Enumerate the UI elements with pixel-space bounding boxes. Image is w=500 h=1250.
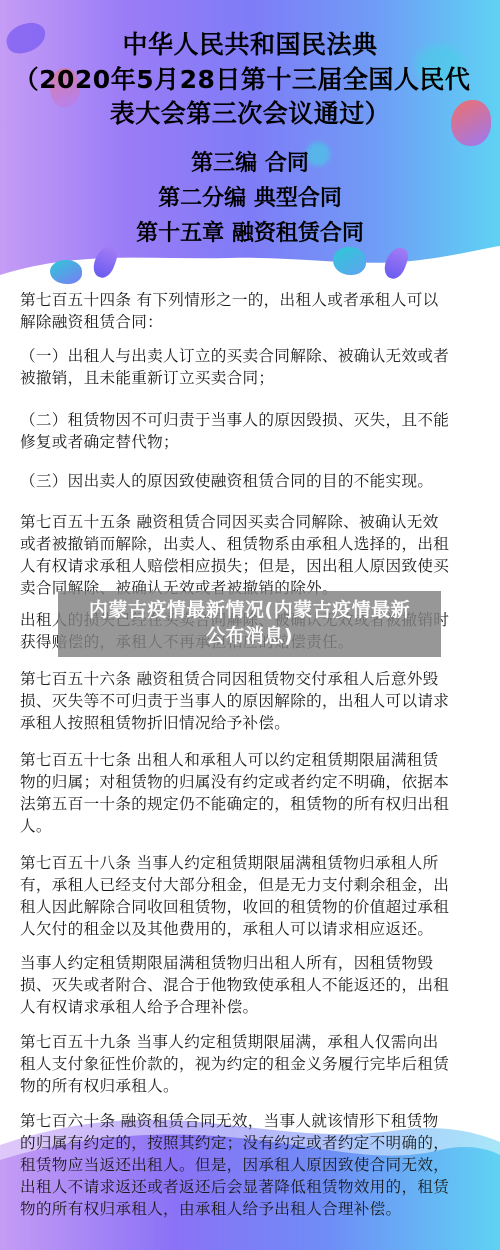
text-line: （二）租赁物因不可归责于当事人的原因毁损、灭失，且不能 xyxy=(20,411,449,429)
headline-overlay-banner[interactable]: 内蒙古疫情最新情况(内蒙古疫情最新 公布消息) xyxy=(58,591,441,657)
decorative-blob-teal-wave-right-icon xyxy=(333,247,366,275)
text-line: 人。 xyxy=(20,817,52,835)
text-line: 物的所有权归承租人，由承租人给予出租人合理补偿。 xyxy=(20,1200,401,1218)
text-line: 被撤销，且未能重新订立买卖合同； xyxy=(20,369,274,387)
text-line: 损、灭失等不可归责于当事人的原因解除的，出租人可以请求 xyxy=(20,692,449,710)
article-760: 第七百六十条 融资租赁合同无效，当事人就该情形下租赁物 的归属有约定的，按照其约… xyxy=(20,1110,480,1220)
text-line: 租人因此解除合同收回租赁物，收回的租赁物的价值超过承租 xyxy=(20,898,449,916)
article-758-paragraph-2: 当事人约定租赁期限届满租赁物归出租人所有，因租赁物毁 损、灭失或者附合、混合于他… xyxy=(20,952,480,1018)
text-line: （一）出租人与出卖人订立的买卖合同解除、被确认无效或者 xyxy=(20,347,449,365)
text-line: 人有权请求承租人给予合理补偿。 xyxy=(20,998,258,1016)
text-line: 的归属有约定的，按照其约定；没有约定或者约定不明确的， xyxy=(20,1134,449,1152)
text-line: 法第五百一十条的规定仍不能确定的，租赁物的所有权归出租 xyxy=(20,795,449,813)
text-line: 承租人按照租赁物折旧情况给予补偿。 xyxy=(20,714,290,732)
text-line: 修复或者确定替代物； xyxy=(20,433,179,451)
text-line: 人有权请求承租人赔偿相应损失；但是，因出租人原因致使买 xyxy=(20,557,449,575)
text-line: 出租人不请求返还或者返还后会显著降低租赁物效用的，租赁 xyxy=(20,1178,449,1196)
article-754-item-2: （二）租赁物因不可归责于当事人的原因毁损、灭失，且不能 修复或者确定替代物； xyxy=(20,409,480,453)
text-line: 当事人约定租赁期限届满租赁物归出租人所有，因租赁物毁 xyxy=(20,954,433,972)
article-754-item-3: （三）因出卖人的原因致使融资租赁合同的目的不能实现。 xyxy=(20,470,480,492)
overlay-headline-line-1: 内蒙古疫情最新情况(内蒙古疫情最新 xyxy=(89,599,410,621)
document-page: 中华人民共和国民法典 （2020年5月28日第十三届全国人民代 表大会第三次会议… xyxy=(0,0,500,1250)
decorative-blob-teal-wave-icon xyxy=(50,260,82,284)
text-line: 解除融资租赁合同： xyxy=(20,313,163,331)
section-title-subpart: 第二分编 典型合同 xyxy=(0,182,500,216)
text-line: 第七百五十八条 当事人约定租赁期限届满租赁物归承租人所 xyxy=(20,854,439,872)
document-title-line-2: （2020年5月28日第十三届全国人民代 xyxy=(0,62,492,97)
text-line: 损、灭失或者附合、混合于他物致使承租人不能返还的，出租 xyxy=(20,976,449,994)
article-756: 第七百五十六条 融资租赁合同因租赁物交付承租人后意外毁 损、灭失等不可归责于当事… xyxy=(20,668,480,734)
text-line: 第七百五十六条 融资租赁合同因租赁物交付承租人后意外毁 xyxy=(20,670,439,688)
text-line: 物的所有权归承租人。 xyxy=(20,1077,179,1095)
article-754-item-1: （一）出租人与出卖人订立的买卖合同解除、被确认无效或者 被撤销，且未能重新订立买… xyxy=(20,345,480,389)
article-758: 第七百五十八条 当事人约定租赁期限届满租赁物归承租人所 有，承租人已经支付大部分… xyxy=(20,852,480,940)
text-line: 第七百五十七条 出租人和承租人可以约定租赁期限届满租赁 xyxy=(20,751,439,769)
document-title-line-3: 表大会第三次会议通过） xyxy=(0,96,500,131)
text-line: 或者被撤销而解除，出卖人、租赁物系由承租人选择的，出租 xyxy=(20,535,449,553)
text-line: 第七百五十九条 当事人约定租赁期限届满，承租人仅需向出 xyxy=(20,1033,439,1051)
text-line: （三）因出卖人的原因致使融资租赁合同的目的不能实现。 xyxy=(20,472,433,490)
article-754-intro: 第七百五十四条 有下列情形之一的，出租人或者承租人可以 解除融资租赁合同： xyxy=(20,289,480,333)
text-line: 第七百五十五条 融资租赁合同因买卖合同解除、被确认无效 xyxy=(20,513,439,531)
section-title-part: 第三编 合同 xyxy=(0,147,500,181)
article-757: 第七百五十七条 出租人和承租人可以约定租赁期限届满租赁 物的归属；对租赁物的归属… xyxy=(20,749,480,837)
text-line: 人欠付的租金以及其他费用的，承租人可以请求相应返还。 xyxy=(20,920,433,938)
text-line: 第七百五十四条 有下列情形之一的，出租人或者承租人可以 xyxy=(20,291,439,309)
article-755: 第七百五十五条 融资租赁合同因买卖合同解除、被确认无效 或者被撤销而解除，出卖人… xyxy=(20,511,480,599)
overlay-headline-line-2: 公布消息) xyxy=(206,625,293,647)
text-line: 物的归属；对租赁物的归属没有约定或者约定不明确，依据本 xyxy=(20,773,449,791)
document-title-line-1: 中华人民共和国民法典 xyxy=(0,27,500,62)
text-line: 有，承租人已经支付大部分租金，但是无力支付剩余租金，出 xyxy=(20,876,449,894)
section-title-chapter: 第十五章 融资租赁合同 xyxy=(0,217,500,251)
text-line: 第七百六十条 融资租赁合同无效，当事人就该情形下租赁物 xyxy=(20,1112,439,1130)
article-759: 第七百五十九条 当事人约定租赁期限届满，承租人仅需向出 租人支付象征性价款的，视… xyxy=(20,1031,480,1097)
text-line: 租赁物应当返还出租人。但是，因承租人原因致使合同无效， xyxy=(20,1156,449,1174)
text-line: 租人支付象征性价款的，视为约定的租金义务履行完毕后租赁 xyxy=(20,1055,449,1073)
